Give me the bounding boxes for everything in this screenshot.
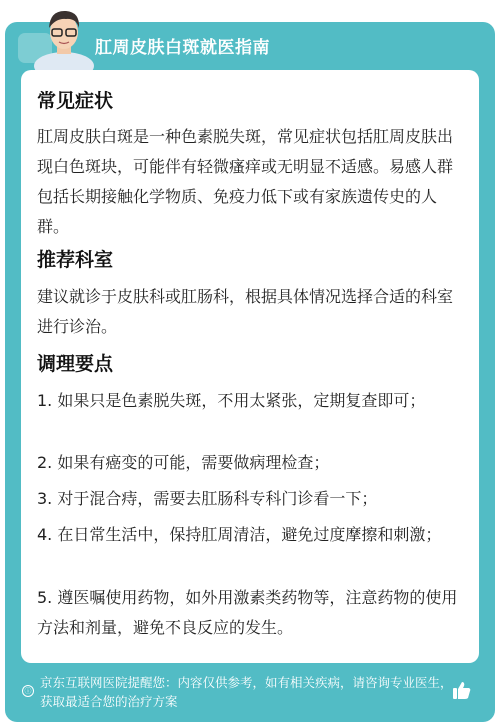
info-icon: ⓘ bbox=[22, 685, 34, 697]
page-title: 肛周皮肤白斑就医指南 bbox=[95, 33, 270, 58]
list-item: 4. 在日常生活中，保持肛周清洁，避免过度摩擦和刺激； bbox=[37, 520, 467, 550]
list-item: 2. 如果有癌变的可能，需要做病理检查； bbox=[37, 448, 467, 478]
list-item: 1. 如果只是色素脱失斑，不用太紧张，定期复查即可； bbox=[37, 386, 467, 416]
section-title-symptoms: 常见症状 bbox=[37, 86, 113, 113]
disclaimer-text: 京东互联网医院提醒您：内容仅供参考，如有相关疾病，请咨询专业医生，获取最适合您的… bbox=[40, 673, 455, 711]
content-card: 常见症状 肛周皮肤白斑是一种色素脱失斑，常见症状包括肛周皮肤出现白色斑块，可能伴… bbox=[21, 70, 479, 663]
list-item: 3. 对于混合痔，需要去肛肠科专科门诊看一下； bbox=[37, 484, 467, 514]
section-title-care: 调理要点 bbox=[37, 349, 113, 376]
department-text: 建议就诊于皮肤科或肛肠科，根据具体情况选择合适的科室进行诊治。 bbox=[37, 282, 467, 342]
section-title-department: 推荐科室 bbox=[37, 245, 113, 272]
doctor-avatar bbox=[28, 4, 100, 70]
symptoms-text: 肛周皮肤白斑是一种色素脱失斑，常见症状包括肛周皮肤出现白色斑块，可能伴有轻微瘙痒… bbox=[37, 122, 467, 242]
list-item: 5. 遵医嘱使用药物，如外用激素类药物等，注意药物的使用方法和剂量，避免不良反应… bbox=[37, 583, 467, 643]
thumbs-up-icon[interactable] bbox=[452, 680, 472, 700]
